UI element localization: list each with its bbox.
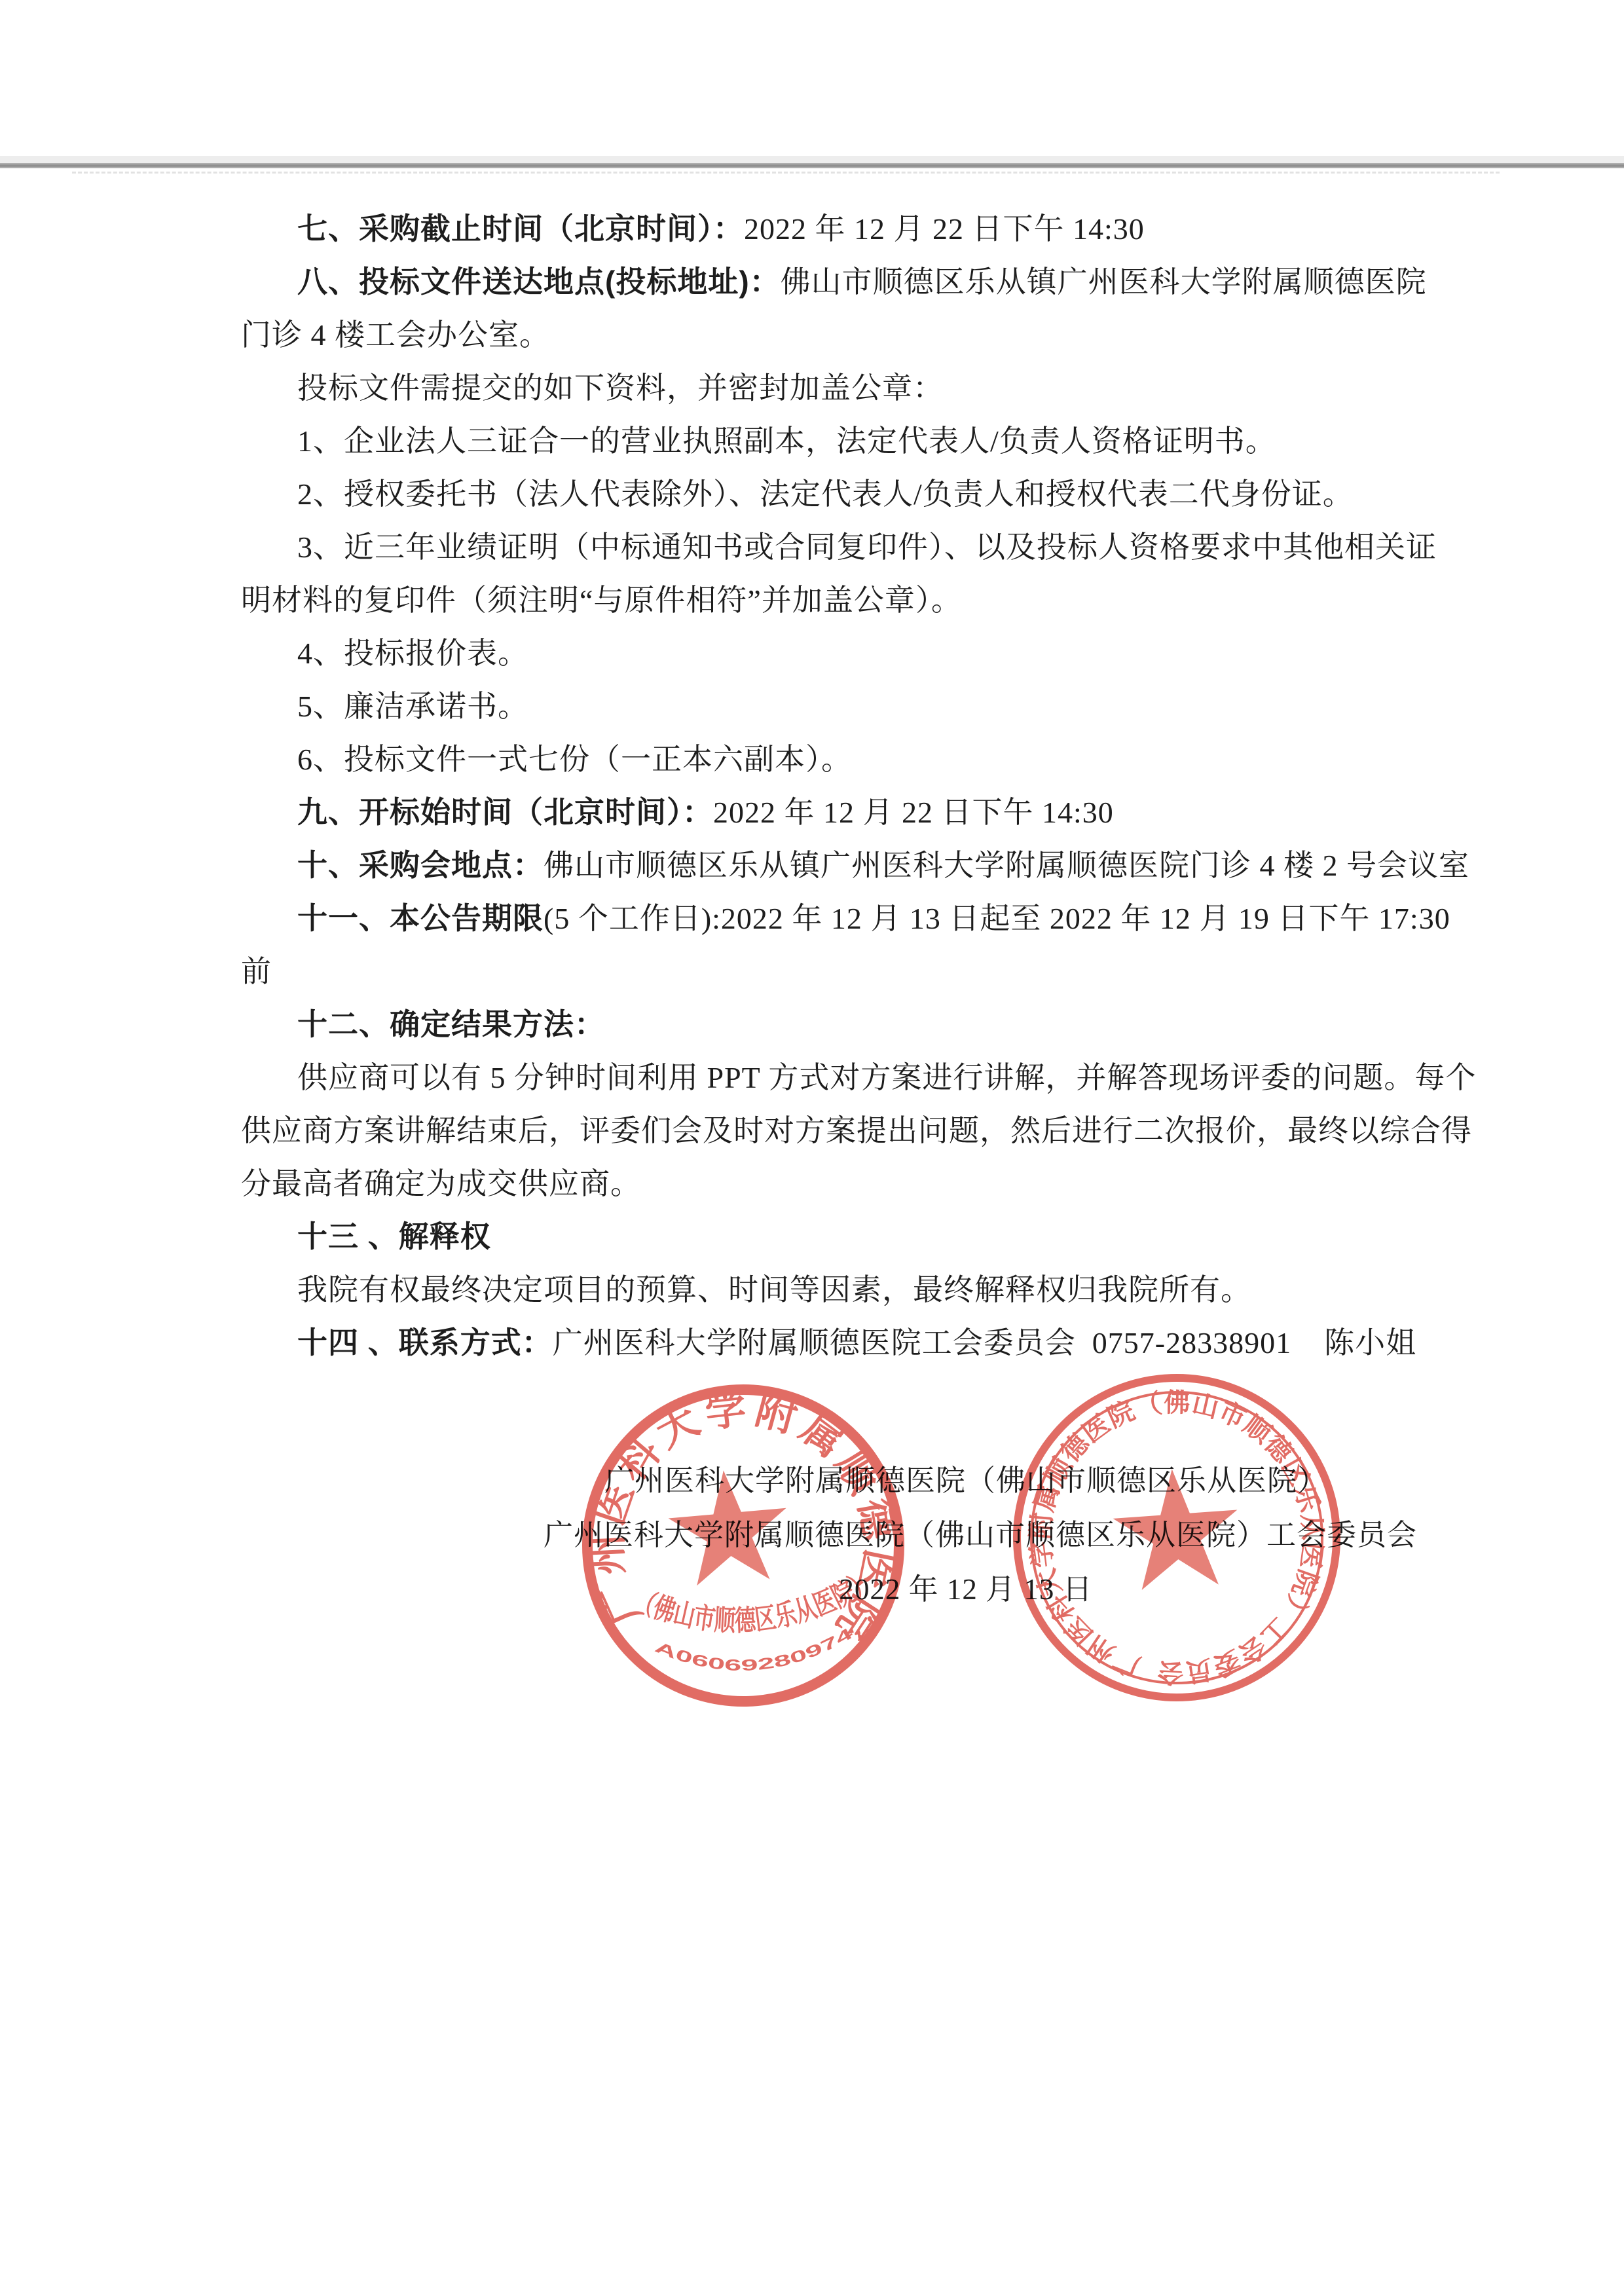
doc-line-label: 十四 、联系方式：: [297, 1325, 553, 1360]
doc-line-text: 2、授权委托书（法人代表除外）、法定代表人/负责人和授权代表二代身份证。: [297, 477, 1354, 511]
doc-line-15: 前: [241, 945, 1420, 998]
doc-line-22: 十四 、联系方式：广州医科大学附属顺德医院工会委员会 0757-28338901…: [241, 1316, 1420, 1369]
doc-line-6: 2、授权委托书（法人代表除外）、法定代表人/负责人和授权代表二代身份证。: [241, 468, 1420, 521]
doc-line-text: 2022 年 12 月 22 日下午 14:30: [744, 212, 1145, 246]
doc-line-label: 十一、本公告期限: [297, 901, 544, 935]
doc-line-text: 门诊 4 楼工会办公室。: [241, 318, 550, 352]
doc-line-20: 十三 、解释权: [241, 1210, 1420, 1263]
doc-line-text: 投标文件需提交的如下资料，并密封加盖公章：: [297, 371, 944, 405]
doc-line-text: 佛山市顺德区乐从镇广州医科大学附属顺德医院: [781, 265, 1427, 299]
doc-line-5: 1、企业法人三证合一的营业执照副本，法定代表人/负责人资格证明书。: [241, 415, 1420, 468]
doc-line-text: 供应商可以有 5 分钟时间利用 PPT 方式对方案进行讲解，并解答现场评委的问题…: [297, 1061, 1476, 1094]
doc-line-text: 明材料的复印件（须注明“与原件相符”并加盖公章）。: [241, 583, 962, 617]
hospital-seal-stamp: 广州医科大学附属顺德医院 （佛山市顺德区乐从医院） A06069280974: [573, 1375, 913, 1716]
doc-line-9: 4、投标报价表。: [241, 627, 1420, 680]
doc-line-13: 十、采购会地点：佛山市顺德区乐从镇广州医科大学附属顺德医院门诊 4 楼 2 号会…: [241, 839, 1420, 892]
union-seal-stamp: 广州医科大学附属顺德医院（佛山市顺德区乐从医院）工会委员会: [1006, 1367, 1347, 1708]
doc-line-19: 分最高者确定为成交供应商。: [241, 1157, 1420, 1210]
doc-line-3: 门诊 4 楼工会办公室。: [241, 308, 1420, 361]
doc-line-text: 6、投标文件一式七份（一正本六副本）。: [297, 743, 852, 776]
doc-line-text: 我院有权最终决定项目的预算、时间等因素，最终解释权归我院所有。: [297, 1273, 1251, 1306]
doc-line-text: 佛山市顺德区乐从镇广州医科大学附属顺德医院门诊 4 楼 2 号会议室: [544, 849, 1469, 882]
doc-line-text: 前: [241, 955, 272, 988]
doc-line-label: 十三 、解释权: [297, 1219, 491, 1253]
document-page: 七、采购截止时间（北京时间）：2022 年 12 月 22 日下午 14:30八…: [0, 0, 1624, 2296]
doc-line-10: 5、廉洁承诺书。: [241, 680, 1420, 733]
document-body: 七、采购截止时间（北京时间）：2022 年 12 月 22 日下午 14:30八…: [241, 202, 1420, 1369]
doc-line-11: 6、投标文件一式七份（一正本六副本）。: [241, 733, 1420, 786]
doc-line-text: (5 个工作日):2022 年 12 月 13 日起至 2022 年 12 月 …: [544, 902, 1450, 935]
scan-artifact-dashes: [72, 172, 1500, 174]
star-icon: [1110, 1465, 1242, 1592]
doc-line-12: 九、开标始时间（北京时间）：2022 年 12 月 22 日下午 14:30: [241, 786, 1420, 839]
doc-line-7: 3、近三年业绩证明（中标通知书或合同复印件）、以及投标人资格要求中其他相关证: [241, 521, 1420, 574]
doc-line-text: 1、企业法人三证合一的营业执照副本，法定代表人/负责人资格证明书。: [297, 424, 1276, 458]
doc-line-2: 八、投标文件送达地点(投标地址)：佛山市顺德区乐从镇广州医科大学附属顺德医院: [241, 255, 1420, 308]
doc-line-text: 供应商方案讲解结束后，评委们会及时对方案提出问题，然后进行二次报价，最终以综合得: [241, 1114, 1472, 1147]
doc-line-21: 我院有权最终决定项目的预算、时间等因素，最终解释权归我院所有。: [241, 1263, 1420, 1316]
scan-artifact-line: [0, 163, 1624, 168]
doc-line-1: 七、采购截止时间（北京时间）：2022 年 12 月 22 日下午 14:30: [241, 202, 1420, 255]
doc-line-text: 分最高者确定为成交供应商。: [241, 1167, 641, 1200]
star-icon: [665, 1465, 792, 1587]
doc-line-text: 3、近三年业绩证明（中标通知书或合同复印件）、以及投标人资格要求中其他相关证: [297, 530, 1437, 564]
doc-line-label: 十、采购会地点：: [297, 848, 544, 882]
doc-line-text: 4、投标报价表。: [297, 637, 528, 670]
doc-line-text: 2022 年 12 月 22 日下午 14:30: [713, 796, 1114, 829]
doc-line-label: 八、投标文件送达地点(投标地址)：: [297, 265, 781, 299]
doc-line-text: 5、廉洁承诺书。: [297, 690, 528, 723]
doc-line-8: 明材料的复印件（须注明“与原件相符”并加盖公章）。: [241, 574, 1420, 627]
doc-line-label: 七、采购截止时间（北京时间）：: [297, 212, 744, 246]
doc-line-label: 九、开标始时间（北京时间）：: [297, 795, 713, 829]
doc-line-17: 供应商可以有 5 分钟时间利用 PPT 方式对方案进行讲解，并解答现场评委的问题…: [241, 1051, 1420, 1104]
doc-line-18: 供应商方案讲解结束后，评委们会及时对方案提出问题，然后进行二次报价，最终以综合得: [241, 1104, 1420, 1157]
doc-line-text: 广州医科大学附属顺德医院工会委员会 0757-28338901 陈小姐: [553, 1326, 1416, 1360]
doc-line-16: 十二、确定结果方法：: [241, 998, 1420, 1051]
doc-line-14: 十一、本公告期限(5 个工作日):2022 年 12 月 13 日起至 2022…: [241, 892, 1420, 945]
doc-line-4: 投标文件需提交的如下资料，并密封加盖公章：: [241, 361, 1420, 415]
doc-line-label: 十二、确定结果方法：: [297, 1007, 605, 1041]
